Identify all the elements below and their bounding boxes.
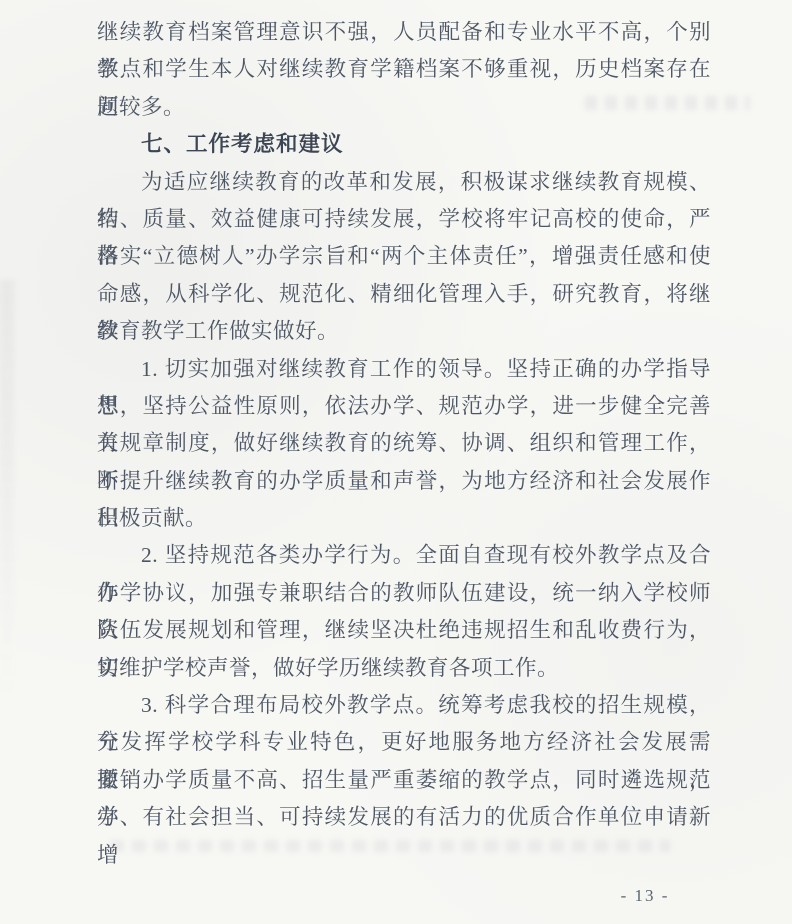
text-line: 命感，从科学化、规范化、精细化管理入手，研究教育，将继续	[97, 276, 711, 313]
text-line-numbered-1: 1. 切实加强对继续教育工作的领导。坚持正确的办学指导思	[97, 351, 711, 388]
text-line: 队伍发展规划和管理，继续坚决杜绝违规招生和乱收费行为，切	[97, 612, 711, 649]
text-line: 为适应继续教育的改革和发展，积极谋求继续教育规模、结	[97, 164, 711, 201]
page-number: - 13 -	[600, 886, 690, 906]
scan-artifact	[0, 280, 14, 700]
text-line: 实维护学校声誉，做好学历继续教育各项工作。	[97, 650, 711, 687]
text-line-numbered-2: 2. 坚持规范各类办学行为。全面自查现有校外教学点及合作	[97, 537, 711, 574]
text-line: 关规章制度，做好继续教育的统筹、协调、组织和管理工作，不	[97, 425, 711, 462]
text-line: 积极贡献。	[97, 500, 711, 537]
text-line: 办学协议，加强专兼职结合的教师队伍建设，统一纳入学校师资	[97, 575, 711, 612]
text-line: 学点和学生本人对继续教育学籍档案不够重视，历史档案存在问	[97, 51, 711, 88]
text-line: 学、有社会担当、可持续发展的有活力的优质合作单位申请新增	[97, 799, 711, 836]
text-line: 落实“立德树人”办学宗旨和“两个主体责任”，增强责任感和使	[97, 238, 711, 275]
text-line-numbered-3: 3. 科学合理布局校外教学点。统筹考虑我校的招生规模，充	[97, 687, 711, 724]
scan-artifact	[110, 840, 670, 852]
text-line: 断提升继续教育的办学质量和声誉，为地方经济和社会发展作出	[97, 463, 711, 500]
text-line: 构、质量、效益健康可持续发展，学校将牢记高校的使命，严格	[97, 201, 711, 238]
section-heading: 七、工作考虑和建议	[97, 126, 711, 163]
text-line: 想，坚持公益性原则，依法办学、规范办学，进一步健全完善有	[97, 388, 711, 425]
text-line: 继续教育档案管理意识不强，人员配备和专业水平不高，个别教	[97, 14, 711, 51]
text-line: 分发挥学校学科专业特色，更好地服务地方经济社会发展需要，	[97, 724, 711, 761]
document-page: 继续教育档案管理意识不强，人员配备和专业水平不高，个别教 学点和学生本人对继续教…	[0, 0, 792, 924]
text-line: 撤销办学质量不高、招生量严重萎缩的教学点，同时遴选规范办	[97, 762, 711, 799]
document-text-block: 继续教育档案管理意识不强，人员配备和专业水平不高，个别教 学点和学生本人对继续教…	[97, 14, 711, 837]
text-line: 教育教学工作做实做好。	[97, 313, 711, 350]
text-line: 题较多。	[97, 89, 711, 126]
